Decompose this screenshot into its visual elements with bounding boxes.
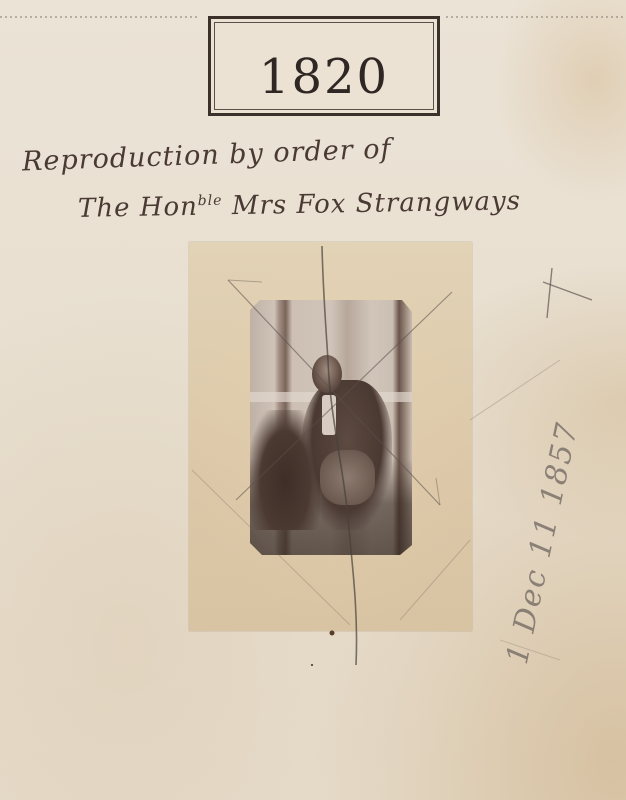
photograph	[250, 300, 412, 555]
pencil-plus-horizontal	[543, 282, 592, 300]
photo-figure-leg	[320, 450, 375, 505]
inscription-line-2-prefix: The Hon	[78, 192, 198, 224]
photo-figure-shirt	[322, 395, 336, 435]
faint-diagonal-3	[470, 360, 560, 420]
inscription-line-1: Reproduction by order of	[22, 134, 392, 178]
top-perforation-right	[446, 16, 626, 18]
pencil-plus-vertical	[547, 268, 552, 318]
inscription-superscript: ble	[198, 193, 223, 209]
catalogue-number-frame: 1820	[214, 22, 434, 110]
inscription-line-2: The Honble Mrs Fox Strangways	[78, 186, 522, 224]
pencil-date-note: 1 Dec 11 1857	[500, 419, 586, 668]
top-perforation-left	[0, 16, 200, 18]
inscription-line-2-suffix: Mrs Fox Strangways	[222, 186, 521, 221]
ink-speck-2	[311, 664, 313, 666]
album-page: 1820 Reproduction by order of The Honble…	[0, 0, 626, 800]
catalogue-number-label: 1820	[208, 16, 440, 116]
photo-figure-head	[312, 355, 342, 393]
ink-speck	[330, 631, 335, 636]
catalogue-number: 1820	[259, 49, 389, 105]
